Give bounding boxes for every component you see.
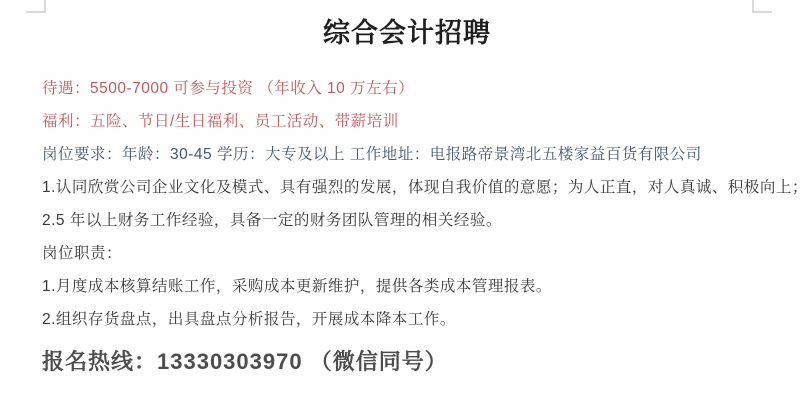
requirement-item-1: 1.认同欣赏公司企业文化及模式、具有强烈的发展，体现自我价值的意愿；为人正直，对… [42, 171, 772, 204]
duty-item-1: 1.月度成本核算结账工作，采购成本更新维护，提供各类成本管理报表。 [42, 270, 772, 303]
requirement-item-2: 2.5 年以上财务工作经验，具备一定的财务团队管理的相关经验。 [42, 204, 772, 237]
duties-heading: 岗位职责： [42, 237, 772, 270]
duty-item-2: 2.组织存货盘点，出具盘点分析报告，开展成本降本工作。 [42, 303, 772, 336]
job-title: 综合会计招聘 [42, 12, 772, 54]
benefits-line: 福利：五险、节日/生日福利、员工活动、带薪培训 [42, 105, 772, 138]
salary-line: 待遇：5500-7000 可参与投资 （年收入 10 万左右） [42, 72, 772, 105]
document-page: 综合会计招聘 待遇：5500-7000 可参与投资 （年收入 10 万左右） 福… [0, 0, 800, 410]
hotline-line: 报名热线：13330303970 （微信同号） [42, 342, 772, 382]
requirements-line: 岗位要求：年龄：30-45 学历：大专及以上 工作地址：电报路帝景湾北五楼家益百… [42, 138, 772, 171]
document-content: 综合会计招聘 待遇：5500-7000 可参与投资 （年收入 10 万左右） 福… [42, 12, 772, 382]
